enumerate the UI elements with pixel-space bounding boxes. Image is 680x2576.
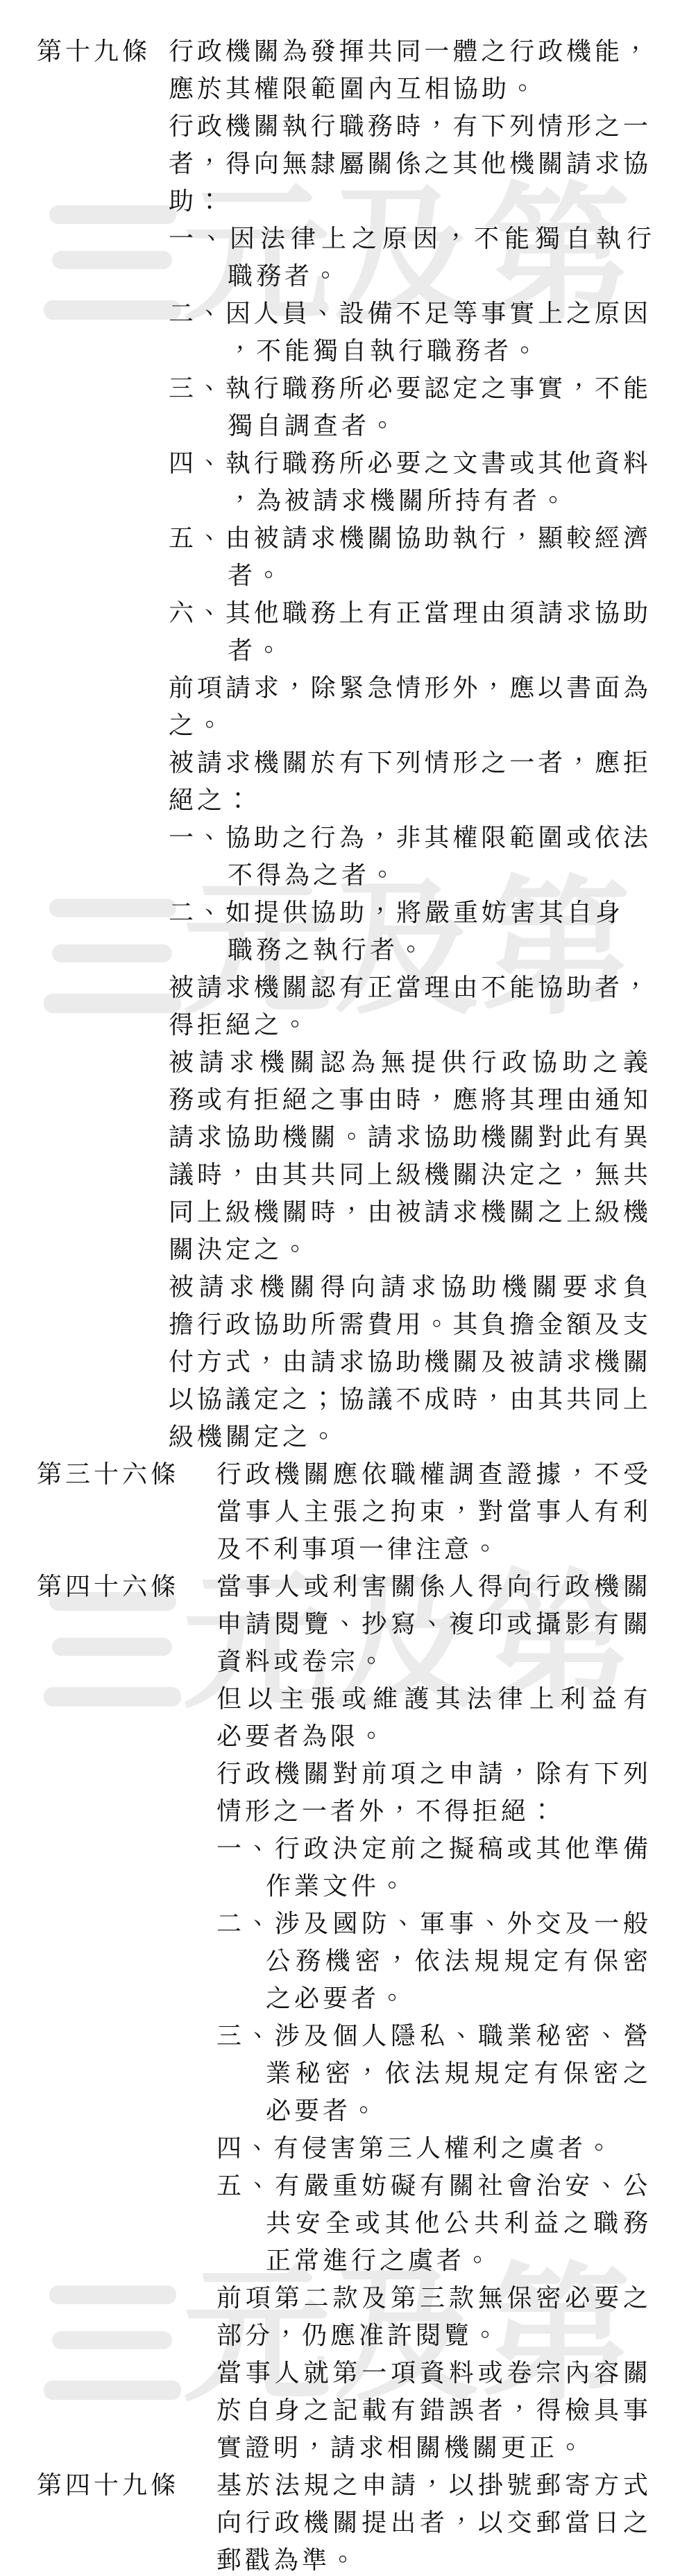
list-item-continuation: 共安全或其他公共利益之職務: [266, 2205, 648, 2242]
paragraph-line: 必要者為限。: [216, 1718, 648, 1756]
paragraph-line: 務或有拒絕之事由時，應將其理由通知: [169, 1082, 648, 1119]
article-36: 第三十六條 行政機關應依職權調查證據，不受 當事人主張之拘束，對當事人有利 及不…: [0, 1456, 680, 1568]
list-item-continuation: 者。: [228, 632, 648, 670]
list-item-line: 四、執行職務所必要之文書或其他資料: [169, 445, 648, 483]
paragraph-line: 申請閱覽、抄寫、複印或攝影有關: [216, 1606, 648, 1643]
list-item-line: 六、其他職務上有正當理由須請求協助: [169, 595, 648, 632]
paragraph-line: 情形之一者外，不得拒絕：: [216, 1793, 648, 1831]
list-item-continuation: 職務者。: [228, 258, 648, 295]
list-item-line: 三、執行職務所必要認定之事實，不能: [169, 370, 648, 408]
article-19: 第十九條 行政機關為發揮共同一體之行政機能， 應於其權限範圍內互相協助。 行政機…: [0, 33, 680, 1456]
paragraph-line: 得拒絕之。: [169, 1007, 648, 1044]
paragraph-line: 助：: [169, 183, 648, 221]
list-item-continuation: 公務機密，依法規規定有保密: [266, 1943, 648, 1980]
article-number-label: 第四十六條: [37, 1568, 179, 1606]
paragraph-line: 郵戳為準。: [216, 2542, 648, 2576]
article-number-label: 第十九條: [37, 33, 151, 71]
list-item-continuation: 正常進行之虞者。: [266, 2242, 648, 2280]
list-item-line: 一、行政決定前之擬稿或其他準備: [216, 1831, 648, 1868]
paragraph-line: 前項請求，除緊急情形外，應以書面為: [169, 670, 648, 707]
list-item-continuation: 不得為之者。: [228, 857, 648, 894]
paragraph-line: 行政機關應依職權調查證據，不受: [216, 1456, 648, 1494]
paragraph-line: 議時，由其共同上級機關決定之，無共: [169, 1157, 648, 1194]
list-item-line: 二、涉及國防、軍事、外交及一般: [216, 1905, 648, 1943]
list-item-line: 二、因人員、設備不足等事實上之原因: [169, 295, 648, 333]
list-item-continuation: 獨自調查者。: [228, 408, 648, 445]
paragraph-line: 絕之：: [169, 782, 648, 820]
paragraph-line: 於自身之記載有錯誤者，得檢具事: [216, 2392, 648, 2430]
list-item-continuation: 業秘密，依法規規定有保密之: [266, 2055, 648, 2093]
paragraph-line: 被請求機關認有正當理由不能協助者，: [169, 969, 648, 1007]
paragraph-line: 基於法規之申請，以掛號郵寄方式: [216, 2467, 648, 2505]
list-item-continuation: 之必要者。: [266, 1980, 648, 2018]
paragraph-line: 者，得向無隸屬關係之其他機關請求協: [169, 146, 648, 183]
paragraph-line: 當事人或利害關係人得向行政機關: [216, 1568, 648, 1606]
article-46: 第四十六條 當事人或利害關係人得向行政機關 申請閱覽、抄寫、複印或攝影有關 資料…: [0, 1568, 680, 2467]
article-number-label: 第三十六條: [37, 1456, 179, 1494]
paragraph-line: 資料或卷宗。: [216, 1643, 648, 1681]
paragraph-line: 同上級機關時，由被請求機關之上級機: [169, 1194, 648, 1231]
article-body: 基於法規之申請，以掛號郵寄方式 向行政機關提出者，以交郵當日之 郵戳為準。: [216, 2467, 648, 2576]
paragraph-line: 當事人主張之拘束，對當事人有利: [216, 1494, 648, 1531]
list-item-continuation: ，不能獨自執行職務者。: [228, 333, 648, 370]
list-item-continuation: ，為被請求機關所持有者。: [228, 483, 648, 520]
paragraph-line: 付方式，由請求協助機關及被請求機關: [169, 1344, 648, 1381]
list-item-line: 一、因法律上之原因，不能獨自執行: [169, 221, 648, 258]
law-text-page: 第十九條 行政機關為發揮共同一體之行政機能， 應於其權限範圍內互相協助。 行政機…: [0, 33, 680, 2576]
paragraph-line: 被請求機關認為無提供行政協助之義: [169, 1044, 648, 1082]
article-number-label: 第四十九條: [37, 2467, 179, 2505]
article-body: 行政機關應依職權調查證據，不受 當事人主張之拘束，對當事人有利 及不利事項一律注…: [216, 1456, 648, 1568]
paragraph-line: 向行政機關提出者，以交郵當日之: [216, 2505, 648, 2542]
paragraph-line: 行政機關執行職務時，有下列情形之一: [169, 108, 648, 146]
paragraph-line: 擔行政協助所需費用。其負擔金額及支: [169, 1306, 648, 1344]
article-body: 行政機關為發揮共同一體之行政機能， 應於其權限範圍內互相協助。 行政機關執行職務…: [169, 33, 648, 1456]
list-item-line: 五、有嚴重妨礙有關社會治安、公: [216, 2168, 648, 2205]
list-item-continuation: 必要者。: [266, 2093, 648, 2130]
list-item-continuation: 職務之執行者。: [228, 932, 648, 969]
paragraph-line: 行政機關對前項之申請，除有下列: [216, 1756, 648, 1793]
paragraph-line: 行政機關為發揮共同一體之行政機能，: [169, 33, 648, 71]
list-item-continuation: 者。: [228, 557, 648, 595]
paragraph-line: 部分，仍應准許閱覽。: [216, 2317, 648, 2355]
paragraph-line: 前項第二款及第三款無保密必要之: [216, 2280, 648, 2317]
list-item-line: 二、如提供協助，將嚴重妨害其自身: [169, 894, 648, 932]
paragraph-line: 級機關定之。: [169, 1419, 648, 1456]
paragraph-line: 當事人就第一項資料或卷宗內容關: [216, 2355, 648, 2392]
paragraph-line: 之。: [169, 707, 648, 745]
article-49: 第四十九條 基於法規之申請，以掛號郵寄方式 向行政機關提出者，以交郵當日之 郵戳…: [0, 2467, 680, 2576]
list-item-line: 四、有侵害第三人權利之虞者。: [216, 2130, 648, 2168]
list-item-line: 一、協助之行為，非其權限範圍或依法: [169, 820, 648, 857]
list-item-continuation: 作業文件。: [266, 1868, 648, 1905]
list-item-line: 五、由被請求機關協助執行，顯較經濟: [169, 520, 648, 557]
paragraph-line: 關決定之。: [169, 1231, 648, 1269]
article-body: 當事人或利害關係人得向行政機關 申請閱覽、抄寫、複印或攝影有關 資料或卷宗。 但…: [216, 1568, 648, 2467]
list-item-line: 三、涉及個人隱私、職業秘密、營: [216, 2018, 648, 2055]
paragraph-line: 應於其權限範圍內互相協助。: [169, 71, 648, 108]
paragraph-line: 實證明，請求相關機關更正。: [216, 2430, 648, 2467]
paragraph-line: 以協議定之；協議不成時，由其共同上: [169, 1381, 648, 1419]
paragraph-line: 被請求機關於有下列情形之一者，應拒: [169, 745, 648, 782]
paragraph-line: 被請求機關得向請求協助機關要求負: [169, 1269, 648, 1306]
paragraph-line: 但以主張或維護其法律上利益有: [216, 1681, 648, 1718]
paragraph-line: 及不利事項一律注意。: [216, 1531, 648, 1568]
paragraph-line: 請求協助機關。請求協助機關對此有異: [169, 1119, 648, 1157]
